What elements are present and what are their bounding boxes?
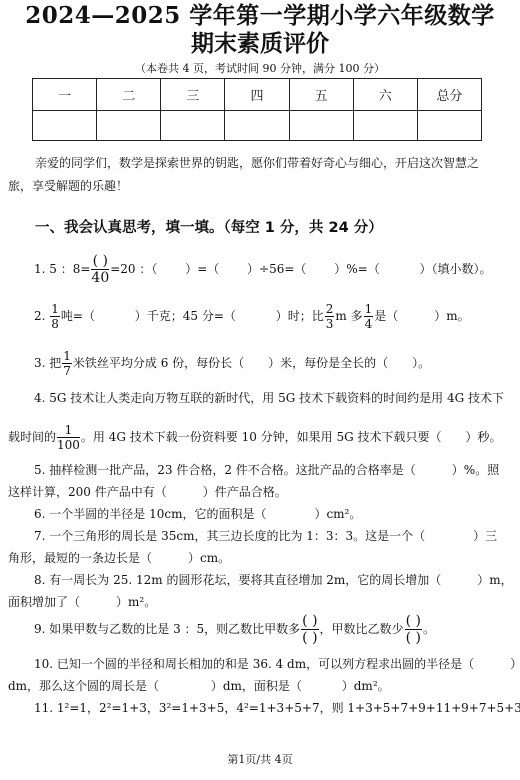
score-header-cell: 六 — [353, 79, 417, 111]
score-header-cell: 四 — [225, 79, 289, 111]
score-table-score-row — [33, 111, 482, 141]
question-1: 1. 5 ：8=( )40=20 ：（ ）=（ ）÷56=（ ）%=（ ）（填小… — [34, 254, 492, 285]
question-4-line-2: 载时间的1100。用 4G 技术下载一份资料要 10 分钟，如果用 5G 技术下… — [8, 424, 502, 451]
intro-line-1: 亲爱的同学们，数学是探索世界的钥匙，愿你们带着好奇心与细心，开启这次智慧之 — [35, 152, 479, 175]
fraction: 18 — [50, 303, 60, 330]
score-header-cell: 五 — [289, 79, 353, 111]
score-table-header-row: 一 二 三 四 五 六 总分 — [33, 79, 482, 111]
score-cell — [225, 111, 289, 141]
score-cell — [353, 111, 417, 141]
intro-line-2: 旅，享受解题的乐趣！ — [8, 175, 128, 198]
score-header-cell: 二 — [97, 79, 161, 111]
score-cell — [417, 111, 481, 141]
exam-subtitle-title: 期末素质评价 — [0, 30, 520, 58]
fraction: ( )( ) — [301, 614, 318, 645]
question-4-line-1: 4. 5G 技术让人类走向万物互联的新时代，用 5G 技术下载资料的时间约是用 … — [34, 389, 504, 407]
exam-info: （本卷共 4 页，考试时间 90 分钟，满分 100 分） — [0, 62, 520, 76]
fraction: ( )( ) — [405, 614, 422, 645]
score-table: 一 二 三 四 五 六 总分 — [32, 78, 482, 141]
page-number: 第1页/共 4页 — [0, 751, 520, 767]
fraction: 17 — [62, 350, 72, 377]
question-7-line-2: 角形，最短的一条边长是（ ）cm。 — [8, 549, 230, 567]
question-10-line-1: 10. 已知一个圆的半径和周长相加的和是 36. 4 dm，可以列方程求出圆的半… — [34, 655, 520, 673]
question-10-line-2: dm，那么这个圆的周长是（ ）dm，面积是（ ）dm²。 — [8, 677, 390, 695]
question-2: 2. 18吨=（ ）千克；45 分=（ ）时；比23m 多14是（ ）m。 — [34, 303, 470, 330]
score-header-cell: 总分 — [417, 79, 481, 111]
score-cell — [289, 111, 353, 141]
question-5-line-1: 5. 抽样检测一批产品，23 件合格，2 件不合格。这批产品的合格率是（ ）%。… — [34, 461, 499, 479]
score-header-cell: 三 — [161, 79, 225, 111]
question-11: 11. 1²=1，2²=1+3，3²=1+3+5，4²=1+3+5+7，则 1+… — [34, 699, 520, 717]
question-8-line-1: 8. 有一周长为 25. 12m 的圆形花坛，要将其直径增加 2m，它的周长增加… — [34, 571, 513, 589]
question-3: 3. 把17米铁丝平均分成 6 份，每份长（ ）米，每份是全长的（ ）。 — [34, 350, 430, 377]
question-6: 6. 一个半圆的半径是 10cm，它的面积是（ ）cm²。 — [34, 505, 361, 523]
score-header-cell: 一 — [33, 79, 97, 111]
fraction: 14 — [364, 303, 374, 330]
fraction: ( )40 — [91, 254, 109, 285]
question-8-line-2: 面积增加了（ ）m²。 — [8, 593, 156, 611]
exam-title: 2024—2025 学年第一学期小学六年级数学 — [0, 2, 520, 30]
score-cell — [161, 111, 225, 141]
score-cell — [33, 111, 97, 141]
question-5-line-2: 这样计算，200 件产品中有（ ）件产品合格。 — [8, 483, 287, 501]
section-1-heading: 一、我会认真思考，填一填。（每空 1 分，共 24 分） — [35, 216, 383, 237]
score-cell — [97, 111, 161, 141]
question-9: 9. 如果甲数与乙数的比是 3 ：5，则乙数比甲数多( )( )，甲数比乙数少(… — [34, 614, 435, 645]
fraction: 1100 — [57, 424, 80, 451]
fraction: 23 — [325, 303, 335, 330]
question-7-line-1: 7. 一个三角形的周长是 35cm，其三边长度的比为 1：3：3。这是一个（ ）… — [34, 527, 497, 545]
